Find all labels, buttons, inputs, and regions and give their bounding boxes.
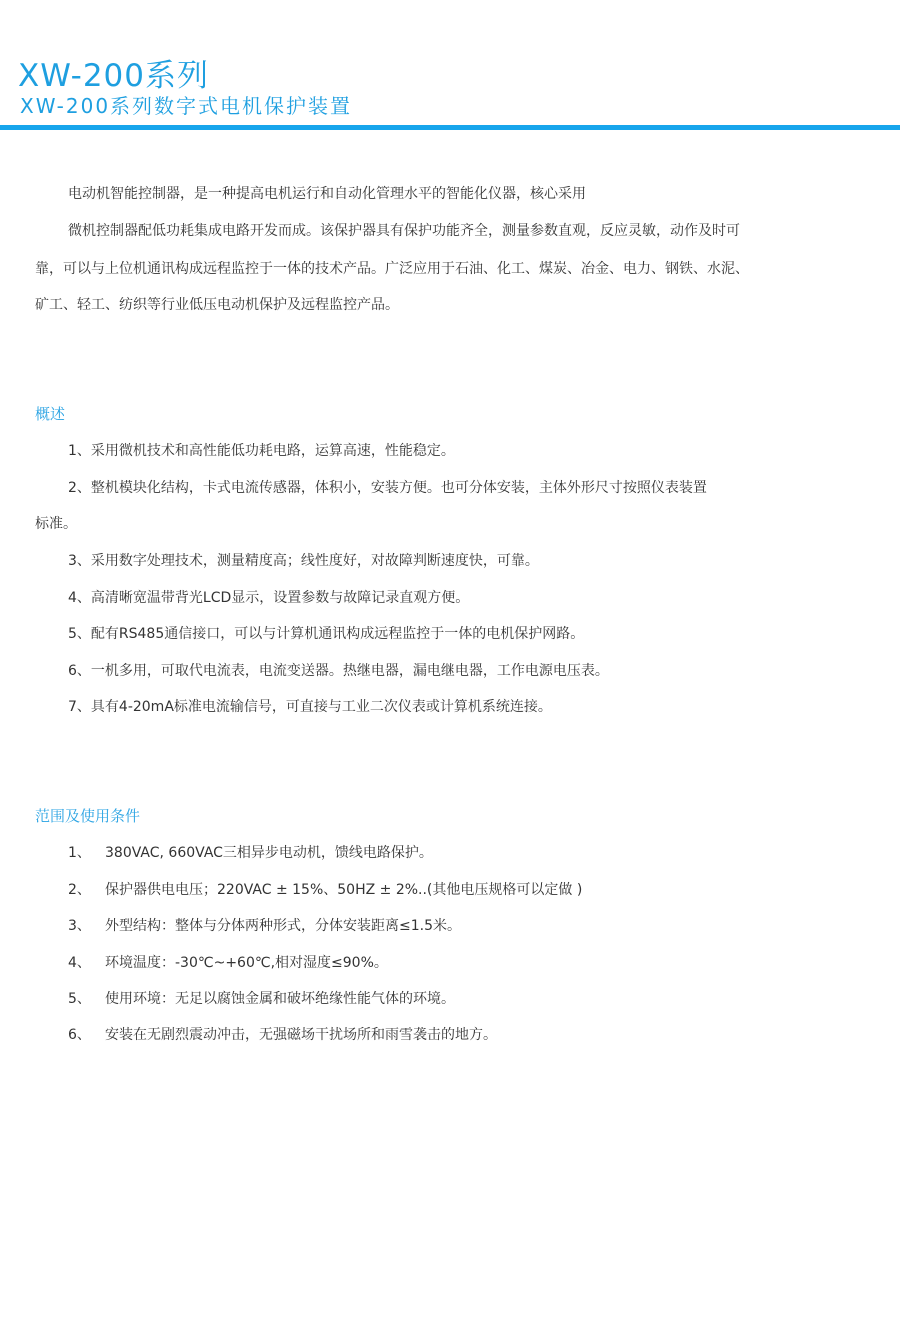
overview-item: 5、配有RS485通信接口，可以与计算机通讯构成远程监控于一体的电机保护网路。	[68, 624, 584, 644]
scope-item: 4、环境温度：-30℃~+60℃,相对湿度≤90%。	[68, 953, 388, 973]
page-subtitle: XW-200系列数字式电机保护装置	[20, 93, 352, 119]
overview-item: 3、采用数字处理技术，测量精度高；线性度好，对故障判断速度快，可靠。	[68, 551, 539, 571]
page-title: XW-200系列	[18, 58, 209, 94]
overview-item: 4、高清晰宽温带背光LCD显示，设置参数与故障记录直观方便。	[68, 588, 469, 608]
scope-item: 2、保护器供电电压；220VAC ± 15%、50HZ ± 2%..(其他电压规…	[68, 880, 582, 900]
item-text: 外型结构：整体与分体两种形式，分体安装距离≤1.5米。	[105, 918, 461, 934]
item-number: 5、	[68, 989, 105, 1009]
overview-item: 1、采用微机技术和高性能低功耗电路，运算高速，性能稳定。	[68, 441, 455, 461]
page-header: XW-200系列 XW-200系列数字式电机保护装置	[0, 0, 900, 140]
overview-item: 2、整机模块化结构，卡式电流传感器，体积小，安装方便。也可分体安装，主体外形尺寸…	[68, 478, 707, 498]
section-title-scope: 范围及使用条件	[35, 806, 140, 826]
intro-line: 矿工、轻工、纺织等行业低压电动机保护及远程监控产品。	[35, 295, 399, 315]
item-text: 380VAC, 660VAC三相异步电动机，馈线电路保护。	[105, 845, 433, 861]
scope-item: 3、外型结构：整体与分体两种形式，分体安装距离≤1.5米。	[68, 916, 461, 936]
item-text: 使用环境：无足以腐蚀金属和破坏绝缘性能气体的环境。	[105, 991, 455, 1007]
item-number: 3、	[68, 916, 105, 936]
item-number: 6、	[68, 1025, 105, 1045]
item-number: 1、	[68, 843, 105, 863]
intro-line: 微机控制器配低功耗集成电路开发而成。该保护器具有保护功能齐全，测量参数直观，反应…	[68, 221, 740, 241]
section-title-overview: 概述	[35, 404, 65, 424]
overview-item: 7、具有4-20mA标准电流输信号，可直接与工业二次仪表或计算机系统连接。	[68, 697, 552, 717]
intro-line: 靠，可以与上位机通讯构成远程监控于一体的技术产品。广泛应用于石油、化工、煤炭、冶…	[35, 259, 749, 279]
header-divider	[0, 125, 900, 130]
overview-item: 6、一机多用，可取代电流表，电流变送器。热继电器，漏电继电器，工作电源电压表。	[68, 661, 609, 681]
item-number: 2、	[68, 880, 105, 900]
scope-item: 1、380VAC, 660VAC三相异步电动机，馈线电路保护。	[68, 843, 433, 863]
item-text: 保护器供电电压；220VAC ± 15%、50HZ ± 2%..(其他电压规格可…	[105, 882, 582, 898]
scope-item: 6、安装在无剧烈震动冲击，无强磁场干扰场所和雨雪袭击的地方。	[68, 1025, 497, 1045]
scope-item: 5、使用环境：无足以腐蚀金属和破坏绝缘性能气体的环境。	[68, 989, 455, 1009]
overview-item: 标准。	[35, 514, 77, 534]
intro-line: 电动机智能控制器，是一种提高电机运行和自动化管理水平的智能化仪器，核心采用	[68, 184, 586, 204]
item-text: 安装在无剧烈震动冲击，无强磁场干扰场所和雨雪袭击的地方。	[105, 1027, 497, 1043]
item-number: 4、	[68, 953, 105, 973]
item-text: 环境温度：-30℃~+60℃,相对湿度≤90%。	[105, 955, 388, 971]
